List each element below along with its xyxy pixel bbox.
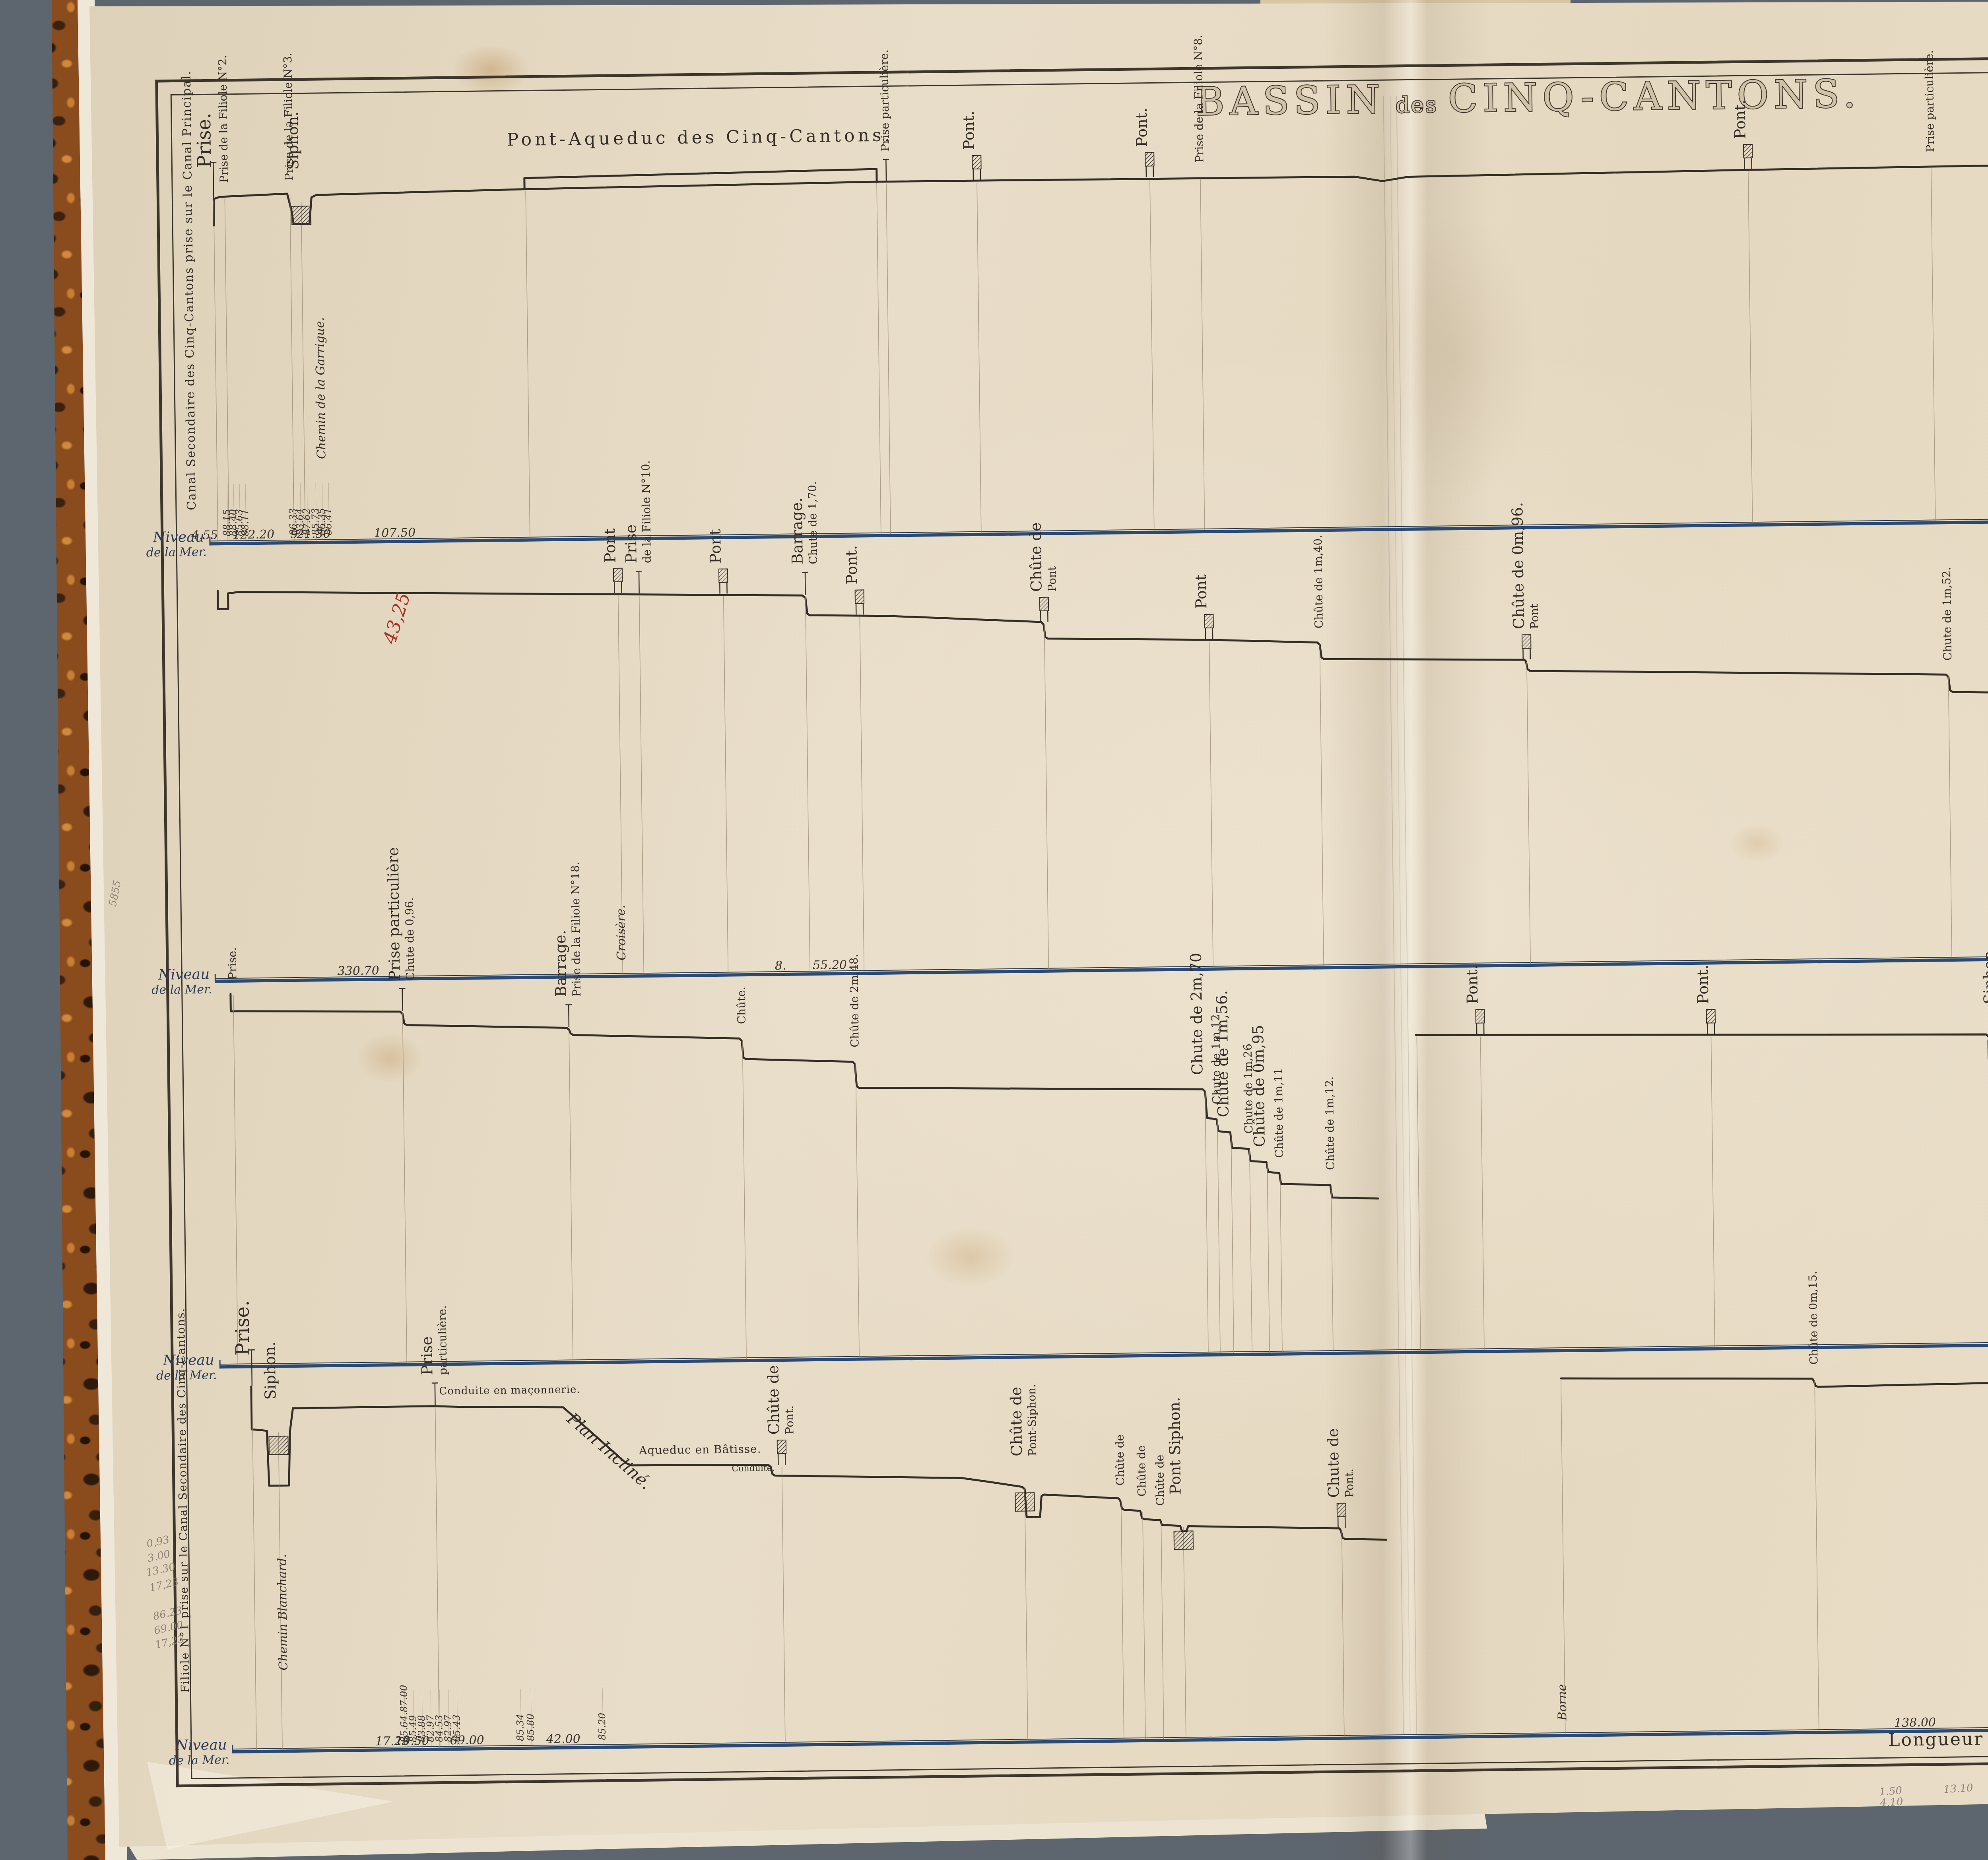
sea-level-label: de la Mer. <box>146 545 207 560</box>
station-ordinate-line <box>1161 1522 1164 1739</box>
length-label: Longueur 1372m,91. <box>1888 1728 1988 1750</box>
profile-line <box>251 1373 1386 1554</box>
station-label: Pont. <box>843 545 860 585</box>
station-label: Pont. <box>1463 965 1481 1004</box>
scanned-atlas-photo: { "title": "BASSIN des CINQ-CANTONS.", "… <box>0 0 1988 1860</box>
station-sublabel: Chûte de <box>1135 1445 1149 1497</box>
profile-strip-3: Niveaude la Mer.Prise.Prise particulière… <box>150 822 1988 1395</box>
station-sublabel: Prise particulière. <box>1922 50 1937 152</box>
baseline-sea-level <box>210 514 1988 544</box>
station-label: Siphon. <box>284 111 302 170</box>
station-label: Pont Siphon. <box>1165 1397 1184 1495</box>
station-sublabel: Chûte de 1m,12. <box>1323 1077 1337 1170</box>
elevation-value: 86.41 <box>322 508 334 535</box>
station-ordinate-line <box>1209 641 1213 968</box>
station-sublabel: Chûte de 0m,15. <box>1806 1271 1821 1365</box>
station-ordinate-line <box>252 1388 256 1750</box>
station-ordinate-line <box>1183 1527 1186 1739</box>
station-ordinate-line <box>639 596 644 974</box>
station-label: Chûte de <box>764 1365 782 1434</box>
bridge-symbol <box>855 590 864 603</box>
station-ordinate-line <box>806 597 810 972</box>
plate-title: BASSINdesCINQ-CANTONS. <box>1196 72 1862 124</box>
station-ordinate-line <box>1044 624 1049 970</box>
siphon-symbol <box>292 206 311 225</box>
station-sublabel: Chûte de 2m,48. <box>847 954 862 1048</box>
station-ordinate-line <box>1143 1512 1145 1739</box>
pencil-note: 5855 <box>107 879 124 908</box>
station-label: Chûte de 0m,96. <box>1508 502 1528 630</box>
profile-line <box>217 561 1988 769</box>
feature-label: Aqueduc en Bâtisse. <box>639 1442 761 1457</box>
station-ordinate-line <box>1342 1530 1344 1737</box>
station-ordinate-line <box>856 1063 859 1358</box>
station-sublabel: Chûte de 1m,11 <box>1272 1068 1286 1158</box>
station-ordinate-line <box>1561 1380 1565 1734</box>
station-label: Chute de <box>1324 1428 1342 1498</box>
station-label: Prise <box>622 524 640 563</box>
station-ordinate-line <box>1121 1502 1124 1739</box>
intake-post <box>886 159 886 182</box>
elevation-value: 85.80 <box>525 1714 536 1741</box>
station-ordinate-line <box>1205 1091 1208 1353</box>
station-label: Chûte de 1m,56. <box>1213 990 1232 1118</box>
station-label: Pont <box>1192 574 1210 609</box>
fold-crease-line <box>1396 96 1416 1734</box>
station-sublabel: Chute de 1,70. <box>806 481 820 564</box>
station-sublabel: Chûte de <box>1113 1434 1127 1486</box>
intake-post <box>805 572 806 595</box>
station-ordinate-line <box>742 1040 746 1359</box>
sea-level-label: Niveau <box>158 966 210 983</box>
profile-line <box>1416 1024 1988 1090</box>
bridge-symbol <box>1145 152 1154 166</box>
handwritten-note: Chemin Blanchard. <box>275 1554 291 1670</box>
baseline-upper-line <box>233 1726 1988 1749</box>
station-sublabel: Pont-Siphon. <box>1025 1384 1039 1456</box>
siphon-symbol <box>1015 1493 1035 1511</box>
distance-value: 8. <box>775 959 786 973</box>
feature-label: Pont-Aqueduc des Cinq-Cantons. <box>507 125 893 150</box>
distance-value: 4.55 <box>191 528 218 542</box>
station-ordinate-line <box>1711 1036 1715 1347</box>
station-ordinate-line <box>1815 1380 1819 1731</box>
station-ordinate-line <box>435 1408 439 1748</box>
station-ordinate-line <box>1200 179 1205 530</box>
station-sublabel: Pont <box>1045 566 1059 592</box>
profile-strip-4: Niveaude la Mer.Filiole N°1 prise sur le… <box>163 1267 1988 1771</box>
station-sublabel: Prise. <box>225 947 239 980</box>
station-label: Pont <box>707 529 724 564</box>
title-word-cinq-cantons: CINQ-CANTONS. <box>1448 72 1862 121</box>
station-label: Prise particulière <box>384 847 403 981</box>
feature-label: Conduite en maçonnerie. <box>439 1384 580 1397</box>
station-label: Prise. <box>231 1300 254 1356</box>
station-sublabel: Chute de 0,96. <box>403 897 417 980</box>
distance-value: 138.00 <box>1894 1716 1936 1730</box>
elevation-value: 88.11 <box>239 509 251 536</box>
elevation-value: 85.20 <box>596 1713 608 1740</box>
station-ordinate-line <box>1267 1163 1270 1353</box>
distance-value: 42.00 <box>546 1732 580 1746</box>
bridge-symbol <box>613 568 622 582</box>
station-sublabel: Prise de la Filiole N°8. <box>1192 35 1206 163</box>
intake-post <box>402 989 403 1011</box>
baseline-upper-line <box>220 1336 1988 1364</box>
station-ordinate-line <box>526 191 530 538</box>
station-ordinate-line <box>1417 1036 1421 1351</box>
distance-value: 330.70 <box>337 964 379 978</box>
profile-strip-2: Niveaude la Mer.PontPrisede la Filiole N… <box>145 436 1988 997</box>
station-ordinate-line <box>1931 168 1936 521</box>
distance-value: 107.50 <box>374 526 415 540</box>
handwritten-note: Chemin de la Garrigue. <box>313 317 328 459</box>
station-sublabel: Pont. <box>783 1405 796 1434</box>
baseline-sea-level <box>233 1728 1988 1752</box>
station-ordinate-line <box>1480 1037 1484 1350</box>
station-sublabel: Pont. <box>1343 1469 1356 1498</box>
profiles-group: Niveaude la Mer.Canal Secondaire des Cin… <box>140 17 1988 1772</box>
station-ordinate-line <box>1331 1186 1333 1352</box>
station-ordinate-line <box>569 1030 573 1361</box>
station-label: Chûte de <box>1007 1387 1025 1456</box>
station-sublabel: Prise de la Filiole N°18. <box>569 862 583 997</box>
sea-level-label: de la Mer. <box>151 982 212 997</box>
station-ordinate-line <box>886 184 891 534</box>
sea-level-label: de la Mer. <box>169 1753 230 1768</box>
handwritten-note: Borne <box>1555 1684 1569 1721</box>
station-ordinate-line <box>1280 1174 1282 1353</box>
station-label: Pont. <box>1694 965 1712 1004</box>
title-word-bassin: BASSIN <box>1196 77 1386 124</box>
plate-border-inner <box>171 65 1988 1779</box>
distance-value: 55.20 <box>813 958 847 972</box>
station-ordinate-line <box>1217 1120 1220 1353</box>
bridge-symbol <box>1522 635 1531 648</box>
station-ordinate-line <box>977 183 981 533</box>
station-ordinate-line <box>1527 662 1530 964</box>
station-label: Prise. <box>193 113 216 168</box>
plate-drawing: BASSINdesCINQ-CANTONS. Niveaude la Mer.C… <box>0 0 1988 1860</box>
station-label: Barrage. <box>788 498 806 565</box>
station-ordinate-line <box>1025 1489 1028 1741</box>
station-ordinate-line <box>724 596 728 974</box>
station-label: Chûte de 0m,95 <box>1249 1025 1268 1147</box>
intake-post <box>639 571 639 593</box>
station-sublabel: Prise de la Filiole N°2. <box>216 55 231 183</box>
bridge-symbol <box>1040 597 1048 611</box>
bridge-symbol <box>777 1440 786 1454</box>
sea-level-label: Niveau <box>175 1737 227 1754</box>
elevation-value: 85.43 <box>451 1714 462 1742</box>
station-ordinate-line <box>1150 180 1154 531</box>
profile-line <box>214 154 1988 225</box>
station-ordinate-line <box>1250 1150 1252 1353</box>
red-ink-annotation: 43,25 <box>379 590 415 647</box>
bridge-symbol <box>719 569 728 583</box>
profile-line <box>1561 1372 1988 1456</box>
station-sublabel: Pont <box>1528 603 1541 629</box>
bridge-symbol <box>1204 614 1213 628</box>
pencil-note: 4.10 <box>1879 1796 1904 1809</box>
bridge-symbol <box>1706 1009 1715 1023</box>
intake-post <box>435 1383 435 1405</box>
station-ordinate-line <box>1748 171 1753 523</box>
siphon-symbol <box>1174 1531 1194 1549</box>
elevation-value: 85.34 <box>514 1714 526 1741</box>
siphon-symbol <box>269 1436 288 1455</box>
station-ordinate-line <box>877 184 881 534</box>
station-label: Pont. <box>960 111 978 150</box>
station-ordinate-line <box>1231 1133 1234 1353</box>
station-ordinate-line <box>860 617 864 972</box>
pencil-note: 0,93 <box>146 1533 171 1550</box>
station-label: Prise <box>418 1336 436 1375</box>
pencil-note: 13.10 <box>1943 1782 1973 1796</box>
bridge-symbol <box>972 155 981 169</box>
bridge-symbol <box>1476 1009 1485 1023</box>
station-label: Pont. <box>1133 108 1151 147</box>
bridge-symbol <box>1337 1503 1346 1517</box>
station-label: Chûte de <box>1027 522 1045 592</box>
station-ordinate-line <box>1948 676 1952 958</box>
feature-label: Conduite. <box>732 1463 775 1473</box>
station-sublabel: Chûte de <box>1153 1455 1167 1506</box>
baseline-sea-level <box>215 951 1988 981</box>
station-ordinate-line <box>402 1013 407 1363</box>
sea-level-label: Niveau <box>163 1352 215 1369</box>
station-ordinate-line <box>782 1467 785 1743</box>
station-sublabel: de la Filiole N°10. <box>639 460 654 563</box>
station-label: Siphon. <box>261 1341 280 1400</box>
station-label: Siphon. <box>1980 946 1988 1004</box>
station-sublabel: Chute de 1m,52. <box>1940 567 1954 661</box>
station-sublabel: Chûte. <box>735 987 748 1024</box>
title-word-des: des <box>1396 92 1438 118</box>
bridge-symbol <box>1743 144 1752 158</box>
station-ordinate-line <box>301 202 305 541</box>
station-sublabel: particulière. <box>435 1305 449 1375</box>
handwritten-note: Croisère. <box>614 905 629 960</box>
station-ordinate-line <box>1320 644 1324 966</box>
plate-border-outer <box>157 51 1988 1786</box>
station-ordinate-line <box>214 200 217 542</box>
station-label: Pont. <box>1731 99 1749 139</box>
station-ordinate-line <box>225 199 229 542</box>
station-label: Chute de 2m,70 <box>1187 953 1206 1075</box>
intake-post <box>569 1005 569 1027</box>
margin-notes-group: 0,933.0013.3017,2386.2369.0017,231.504.1… <box>107 857 1974 1831</box>
station-sublabel: Chûte de 1m,40. <box>1311 535 1326 629</box>
station-label: Barrage. <box>551 930 570 997</box>
station-label: Pont <box>601 528 619 563</box>
